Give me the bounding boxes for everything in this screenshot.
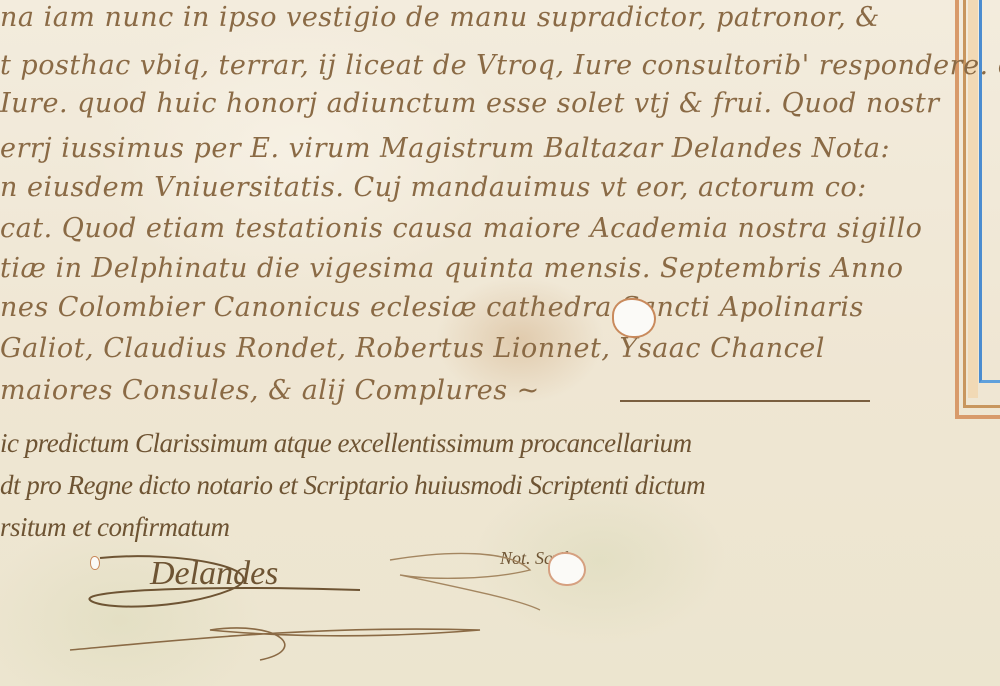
parchment-hole-2 bbox=[548, 552, 586, 586]
parchment-hole-3 bbox=[90, 556, 100, 570]
parchment-hole-1 bbox=[612, 298, 656, 338]
text-line-5: n eiusdem Vniuersitatis. Cuj mandauimus … bbox=[0, 172, 867, 203]
line-filler-stroke bbox=[620, 400, 870, 402]
cursive-line-2: dt pro Regne dicto notario et Scriptario… bbox=[0, 470, 705, 501]
text-line-1: na iam nunc in ipso vestigio de manu sup… bbox=[0, 2, 880, 33]
text-line-2: t posthac vbiq, terrar, ij liceat de Vtr… bbox=[0, 50, 1000, 81]
signature-delandes: Delandes bbox=[150, 555, 278, 593]
text-line-4: errj iussimus per E. virum Magistrum Bal… bbox=[0, 133, 890, 164]
notary-flourish bbox=[370, 530, 570, 620]
text-line-8: nes Colombier Canonicus eclesiæ cathedra… bbox=[0, 292, 864, 323]
text-line-9: Galiot, Claudius Rondet, Robertus Lionne… bbox=[0, 333, 825, 364]
text-line-3: Iure. quod huic honorj adiunctum esse so… bbox=[0, 88, 940, 119]
cursive-line-1: ic predictum Clarissimum atque excellent… bbox=[0, 428, 692, 459]
text-line-7: tiæ in Delphinatu die vigesima quinta me… bbox=[0, 253, 904, 284]
text-line-6: cat. Quod etiam testationis causa maiore… bbox=[0, 213, 922, 244]
text-line-10: maiores Consules, & alij Complures ~ bbox=[0, 375, 540, 406]
